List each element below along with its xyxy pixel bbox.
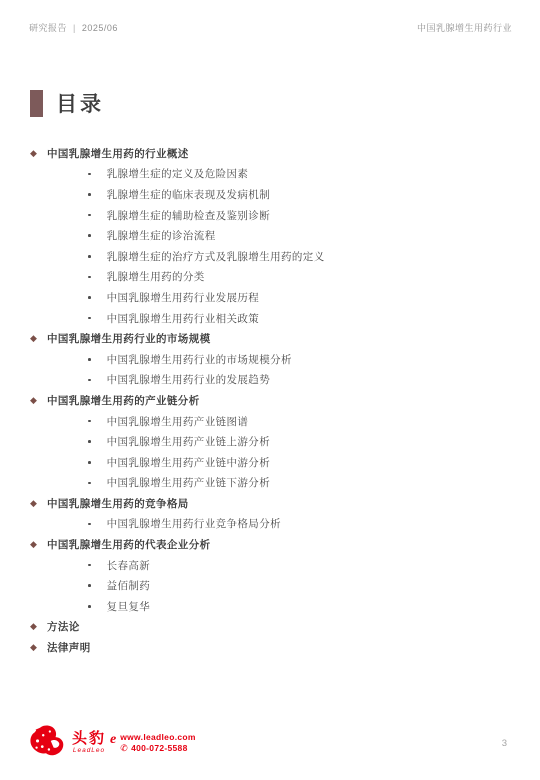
leadleo-leopard-logo-icon (28, 722, 66, 763)
toc-list: ◆中国乳腺增生用药的行业概述乳腺增生症的定义及危险因素乳腺增生症的临床表现及发病… (30, 143, 512, 658)
toc-section-label: 方法论 (47, 619, 80, 634)
footer-brand: 头豹 LeadLeo e www.leadleo.com ✆ 400-072-5… (28, 722, 196, 763)
toc-subitem-label: 益佰制药 (107, 578, 151, 593)
diamond-bullet-icon: ◆ (30, 643, 47, 652)
footer-contact: www.leadleo.com ✆ 400-072-5588 (120, 732, 196, 754)
toc-subitem-row: 中国乳腺增生用药产业链下游分析 (30, 473, 512, 494)
toc-subitem-row: 中国乳腺增生用药产业链图谱 (30, 411, 512, 432)
toc-subitem-row: 长春高新 (30, 555, 512, 576)
report-page: 研究报告 | 2025/06 中国乳腺增生用药行业 目录 ◆中国乳腺增生用药的行… (0, 0, 540, 780)
page-header: 研究报告 | 2025/06 中国乳腺增生用药行业 (29, 21, 512, 34)
phone-line: ✆ 400-072-5588 (120, 743, 196, 754)
toc-section-label: 中国乳腺增生用药的行业概述 (47, 146, 189, 161)
dot-bullet-icon (88, 605, 91, 608)
toc-section-label: 中国乳腺增生用药行业的市场规模 (47, 331, 211, 346)
dot-bullet-icon (88, 420, 91, 423)
toc-subitem-label: 乳腺增生症的治疗方式及乳腺增生用药的定义 (107, 249, 325, 264)
toc-section-row: ◆中国乳腺增生用药行业的市场规模 (30, 328, 512, 349)
toc-subitem-row: 乳腺增生症的诊治流程 (30, 225, 512, 246)
dot-bullet-icon (88, 358, 91, 361)
dot-bullet-icon (88, 296, 91, 299)
toc-subitem-label: 乳腺增生症的辅助检查及鉴别诊断 (107, 208, 271, 223)
toc-subitem-row: 乳腺增生症的定义及危险因素 (30, 164, 512, 185)
dot-bullet-icon (88, 482, 91, 485)
dot-bullet-icon (88, 214, 91, 217)
header-left: 研究报告 | 2025/06 (29, 21, 118, 34)
toc-subitem-label: 中国乳腺增生用药行业的市场规模分析 (107, 352, 292, 367)
toc-subitem-label: 中国乳腺增生用药产业链下游分析 (107, 475, 271, 490)
toc-subitem-row: 乳腺增生用药的分类 (30, 267, 512, 288)
diamond-bullet-icon: ◆ (30, 396, 47, 405)
toc-subitem-label: 中国乳腺增生用药行业发展历程 (107, 290, 260, 305)
dot-bullet-icon (88, 234, 91, 237)
phone-icon: ✆ (120, 743, 128, 754)
phone-number: 400-072-5588 (131, 743, 188, 753)
toc-subitem-label: 中国乳腺增生用药行业相关政策 (107, 311, 260, 326)
diamond-bullet-icon: ◆ (30, 149, 47, 158)
diamond-bullet-icon: ◆ (30, 540, 47, 549)
toc-subitem-row: 中国乳腺增生用药行业发展历程 (30, 287, 512, 308)
brand-e-mark-icon: e (110, 732, 116, 748)
toc-subitem-label: 中国乳腺增生用药产业链图谱 (107, 414, 249, 429)
diamond-bullet-icon: ◆ (30, 499, 47, 508)
report-date: 2025/06 (82, 23, 118, 33)
page-number: 3 (502, 738, 507, 749)
toc-subitem-label: 中国乳腺增生用药行业竞争格局分析 (107, 516, 281, 531)
toc-subitem-label: 乳腺增生用药的分类 (107, 269, 205, 284)
report-type-label: 研究报告 (29, 21, 67, 34)
dot-bullet-icon (88, 564, 91, 567)
title-accent-block (30, 90, 43, 117)
website-line: www.leadleo.com (120, 732, 196, 742)
dot-bullet-icon (88, 173, 91, 176)
toc-subitem-row: 益佰制药 (30, 575, 512, 596)
toc-subitem-label: 乳腺增生症的临床表现及发病机制 (107, 187, 271, 202)
toc-subitem-row: 中国乳腺增生用药产业链中游分析 (30, 452, 512, 473)
toc-section-row: ◆中国乳腺增生用药的代表企业分析 (30, 534, 512, 555)
toc-subitem-row: 乳腺增生症的辅助检查及鉴别诊断 (30, 205, 512, 226)
toc-section-label: 中国乳腺增生用药的竞争格局 (47, 496, 189, 511)
dot-bullet-icon (88, 317, 91, 320)
toc-subitem-row: 中国乳腺增生用药行业的发展趋势 (30, 370, 512, 391)
toc-section-row: ◆方法论 (30, 617, 512, 638)
toc-section-label: 法律声明 (47, 640, 91, 655)
toc-section-label: 中国乳腺增生用药的代表企业分析 (47, 537, 211, 552)
brand-name-block: 头豹 LeadLeo (72, 731, 106, 754)
toc-subitem-label: 复旦复华 (107, 599, 151, 614)
toc-section-row: ◆中国乳腺增生用药的产业链分析 (30, 390, 512, 411)
toc-subitem-row: 中国乳腺增生用药行业竞争格局分析 (30, 514, 512, 535)
diamond-bullet-icon: ◆ (30, 622, 47, 631)
toc-subitem-label: 中国乳腺增生用药产业链上游分析 (107, 434, 271, 449)
dot-bullet-icon (88, 255, 91, 258)
header-separator: | (73, 23, 76, 33)
toc-title-wrap: 目录 (30, 88, 104, 118)
brand-name-cn: 头豹 (72, 731, 106, 747)
dot-bullet-icon (88, 193, 91, 196)
header-industry-title: 中国乳腺增生用药行业 (417, 21, 512, 34)
toc-subitem-label: 乳腺增生症的定义及危险因素 (107, 166, 249, 181)
dot-bullet-icon (88, 379, 91, 382)
dot-bullet-icon (88, 461, 91, 464)
dot-bullet-icon (88, 276, 91, 279)
brand-name-en: LeadLeo (73, 747, 105, 754)
toc-subitem-row: 中国乳腺增生用药行业相关政策 (30, 308, 512, 329)
toc-subitem-label: 中国乳腺增生用药产业链中游分析 (107, 455, 271, 470)
toc-section-row: ◆中国乳腺增生用药的竞争格局 (30, 493, 512, 514)
page-title: 目录 (56, 88, 104, 118)
dot-bullet-icon (88, 584, 91, 587)
toc-subitem-label: 中国乳腺增生用药行业的发展趋势 (107, 372, 271, 387)
toc-subitem-row: 中国乳腺增生用药产业链上游分析 (30, 431, 512, 452)
toc-subitem-row: 中国乳腺增生用药行业的市场规模分析 (30, 349, 512, 370)
toc-section-row: ◆法律声明 (30, 637, 512, 658)
toc-subitem-row: 乳腺增生症的临床表现及发病机制 (30, 184, 512, 205)
toc-subitem-label: 长春高新 (107, 558, 151, 573)
website-url: www.leadleo.com (120, 732, 196, 742)
toc-subitem-row: 复旦复华 (30, 596, 512, 617)
toc-subitem-row: 乳腺增生症的治疗方式及乳腺增生用药的定义 (30, 246, 512, 267)
dot-bullet-icon (88, 440, 91, 443)
toc-section-label: 中国乳腺增生用药的产业链分析 (47, 393, 200, 408)
diamond-bullet-icon: ◆ (30, 334, 47, 343)
toc-section-row: ◆中国乳腺增生用药的行业概述 (30, 143, 512, 164)
toc-subitem-label: 乳腺增生症的诊治流程 (107, 228, 216, 243)
dot-bullet-icon (88, 523, 91, 526)
